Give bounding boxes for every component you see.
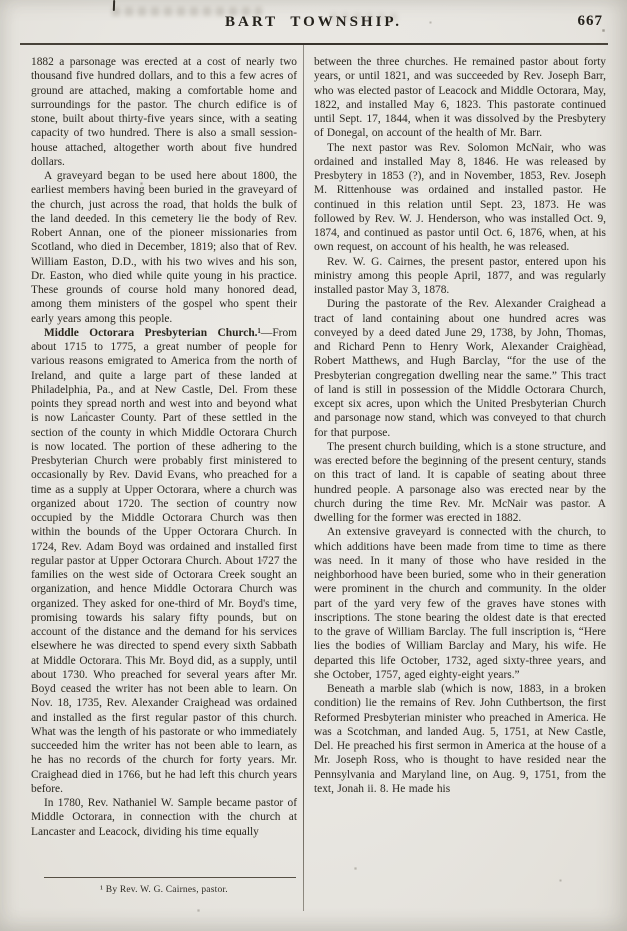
scan-speckles <box>0 0 1 1</box>
page-number: 667 <box>578 13 604 30</box>
ink-mark <box>113 0 115 11</box>
paragraph-text: A graveyard began to be used here about … <box>31 170 297 325</box>
paragraph-text: 1882 a parsonage was erected at a cost o… <box>31 56 297 168</box>
paragraph: 1882 a parsonage was erected at a cost o… <box>31 55 297 169</box>
paragraph-text: The next pastor was Rev. Solomon McNair,… <box>314 142 606 254</box>
paragraph: Beneath a marble slab (which is now, 188… <box>314 682 606 796</box>
paragraph-text: Rev. W. G. Cairnes, the present pastor, … <box>314 256 606 297</box>
paragraph: A graveyard began to be used here about … <box>31 169 297 326</box>
book-page: BART TOWNSHIP. 667 1882 a parsonage was … <box>0 0 627 931</box>
paragraph-text: An extensive graveyard is connected with… <box>314 526 606 681</box>
paragraph-text: In 1780, Rev. Nathaniel W. Sample became… <box>31 797 297 838</box>
page-title: BART TOWNSHIP. <box>0 14 627 31</box>
paragraph: An extensive graveyard is connected with… <box>314 525 606 682</box>
left-column: 1882 a parsonage was erected at a cost o… <box>31 55 297 839</box>
paragraph-text: During the pastorate of the Rev. Alexand… <box>314 298 606 438</box>
right-column: between the three churches. He remained … <box>314 55 606 796</box>
paragraph: The next pastor was Rev. Solomon McNair,… <box>314 141 606 255</box>
paragraph: In 1780, Rev. Nathaniel W. Sample became… <box>31 796 297 839</box>
header-rule <box>20 43 608 45</box>
column-divider <box>303 45 304 911</box>
paragraph-text: between the three churches. He remained … <box>314 56 606 139</box>
section-heading: Middle Octorara Presbyterian Church.¹ <box>44 327 261 339</box>
paragraph-text: The present church building, which is a … <box>314 441 606 524</box>
paragraph-text: —From about 1715 to 1775, a great number… <box>31 327 297 795</box>
footnote-rule <box>44 877 296 878</box>
paragraph: Rev. W. G. Cairnes, the present pastor, … <box>314 255 606 298</box>
footnote: ¹ By Rev. W. G. Cairnes, pastor. <box>31 885 297 895</box>
paragraph-text: Beneath a marble slab (which is now, 188… <box>314 683 606 795</box>
paragraph: between the three churches. He remained … <box>314 55 606 141</box>
paragraph: The present church building, which is a … <box>314 440 606 526</box>
paragraph: During the pastorate of the Rev. Alexand… <box>314 297 606 440</box>
paragraph: Middle Octorara Presbyterian Church.¹—Fr… <box>31 326 297 796</box>
